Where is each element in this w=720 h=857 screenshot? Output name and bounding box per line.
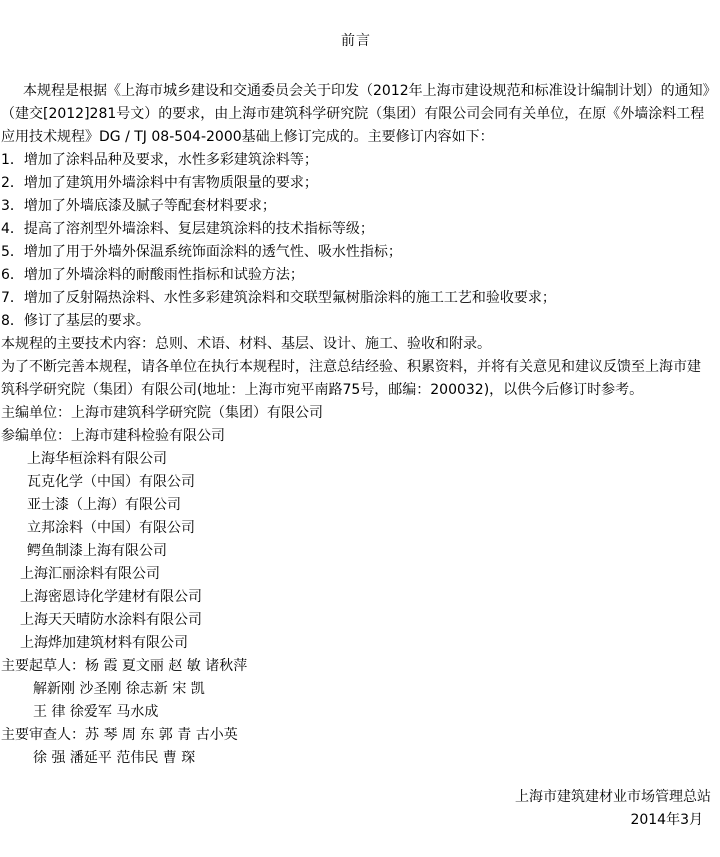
participant-company: 立邦涂料（中国）有限公司 [27, 517, 711, 540]
page-title: 前言 [1, 30, 711, 53]
participant-company: 上海华桓涂料有限公司 [27, 448, 711, 471]
reviewers-names: 徐 强 潘延平 范伟民 曹 琛 [33, 747, 711, 770]
intro-paragraph: 本规程是根据《上海市城乡建设和交通委员会关于印发（2012年上海市建设规范和标准… [1, 80, 711, 149]
participant-company: 亚士漆（上海）有限公司 [27, 494, 711, 517]
drafters-names: 王 律 徐爱军 马水成 [33, 701, 711, 724]
reviewers-line: 主要审查人：苏 琴 周 东 郭 青 古小英 [1, 724, 711, 747]
drafters-names: 解新刚 沙圣刚 徐志新 宋 凯 [33, 678, 711, 701]
footer: 上海市建筑建材业市场管理总站 2014年3月 [1, 786, 711, 832]
drafters-label: 主要起草人： [1, 658, 85, 674]
footer-org: 上海市建筑建材业市场管理总站 [1, 786, 711, 809]
participant-company: 上海天天晴防水涂料有限公司 [20, 609, 711, 632]
chief-editor-label: 主编单位： [1, 405, 71, 421]
tech-content-line: 本规程的主要技术内容：总则、术语、材料、基层、设计、施工、验收和附录。 [1, 333, 711, 356]
drafters-section: 主要起草人：杨 霞 夏文丽 赵 敏 诸秋萍 解新刚 沙圣刚 徐志新 宋 凯 王 … [1, 655, 711, 724]
reviewers-section: 主要审查人：苏 琴 周 东 郭 青 古小英 徐 强 潘延平 范伟民 曹 琛 [1, 724, 711, 770]
revision-item: 6．增加了外墙涂料的耐酸雨性指标和试验方法； [1, 264, 711, 287]
participants-line: 参编单位：上海市建科检验有限公司 [1, 425, 711, 448]
participant-company: 上海烨加建筑材料有限公司 [20, 632, 711, 655]
participant-company-list: 上海华桓涂料有限公司 瓦克化学（中国）有限公司 亚士漆（上海）有限公司 立邦涂料… [1, 448, 711, 655]
revision-item: 8．修订了基层的要求。 [1, 310, 711, 333]
participant-company: 瓦克化学（中国）有限公司 [27, 471, 711, 494]
footer-date: 2014年3月 [1, 809, 703, 832]
drafters-names: 杨 霞 夏文丽 赵 敏 诸秋萍 [85, 658, 247, 674]
feedback-paragraph: 为了不断完善本规程，请各单位在执行本规程时，注意总结经验、积累资料，并将有关意见… [1, 356, 711, 402]
revision-item: 1．增加了涂料品种及要求，水性多彩建筑涂料等； [1, 149, 711, 172]
participant-company: 上海市建科检验有限公司 [71, 428, 225, 444]
revision-item: 4．提高了溶剂型外墙涂料、复层建筑涂料的技术指标等级； [1, 218, 711, 241]
chief-editor-value: 上海市建筑科学研究院（集团）有限公司 [71, 405, 323, 421]
revision-list: 1．增加了涂料品种及要求，水性多彩建筑涂料等； 2．增加了建筑用外墙涂料中有害物… [1, 149, 711, 333]
participant-company: 鳄鱼制漆上海有限公司 [27, 540, 711, 563]
revision-item: 7．增加了反射隔热涂料、水性多彩建筑涂料和交联型氟树脂涂料的施工工艺和验收要求； [1, 287, 711, 310]
revision-item: 5．增加了用于外墙外保温系统饰面涂料的透气性、吸水性指标； [1, 241, 711, 264]
document-page: 前言 本规程是根据《上海市城乡建设和交通委员会关于印发（2012年上海市建设规范… [0, 0, 720, 857]
revision-item: 3．增加了外墙底漆及腻子等配套材料要求； [1, 195, 711, 218]
participant-company: 上海汇丽涂料有限公司 [20, 563, 711, 586]
reviewers-label: 主要审查人： [1, 727, 85, 743]
participants-label: 参编单位： [1, 428, 71, 444]
drafters-line: 主要起草人：杨 霞 夏文丽 赵 敏 诸秋萍 [1, 655, 711, 678]
participant-company: 上海密恩诗化学建材有限公司 [20, 586, 711, 609]
reviewers-names: 苏 琴 周 东 郭 青 古小英 [85, 727, 238, 743]
chief-editor-line: 主编单位：上海市建筑科学研究院（集团）有限公司 [1, 402, 711, 425]
revision-item: 2．增加了建筑用外墙涂料中有害物质限量的要求； [1, 172, 711, 195]
